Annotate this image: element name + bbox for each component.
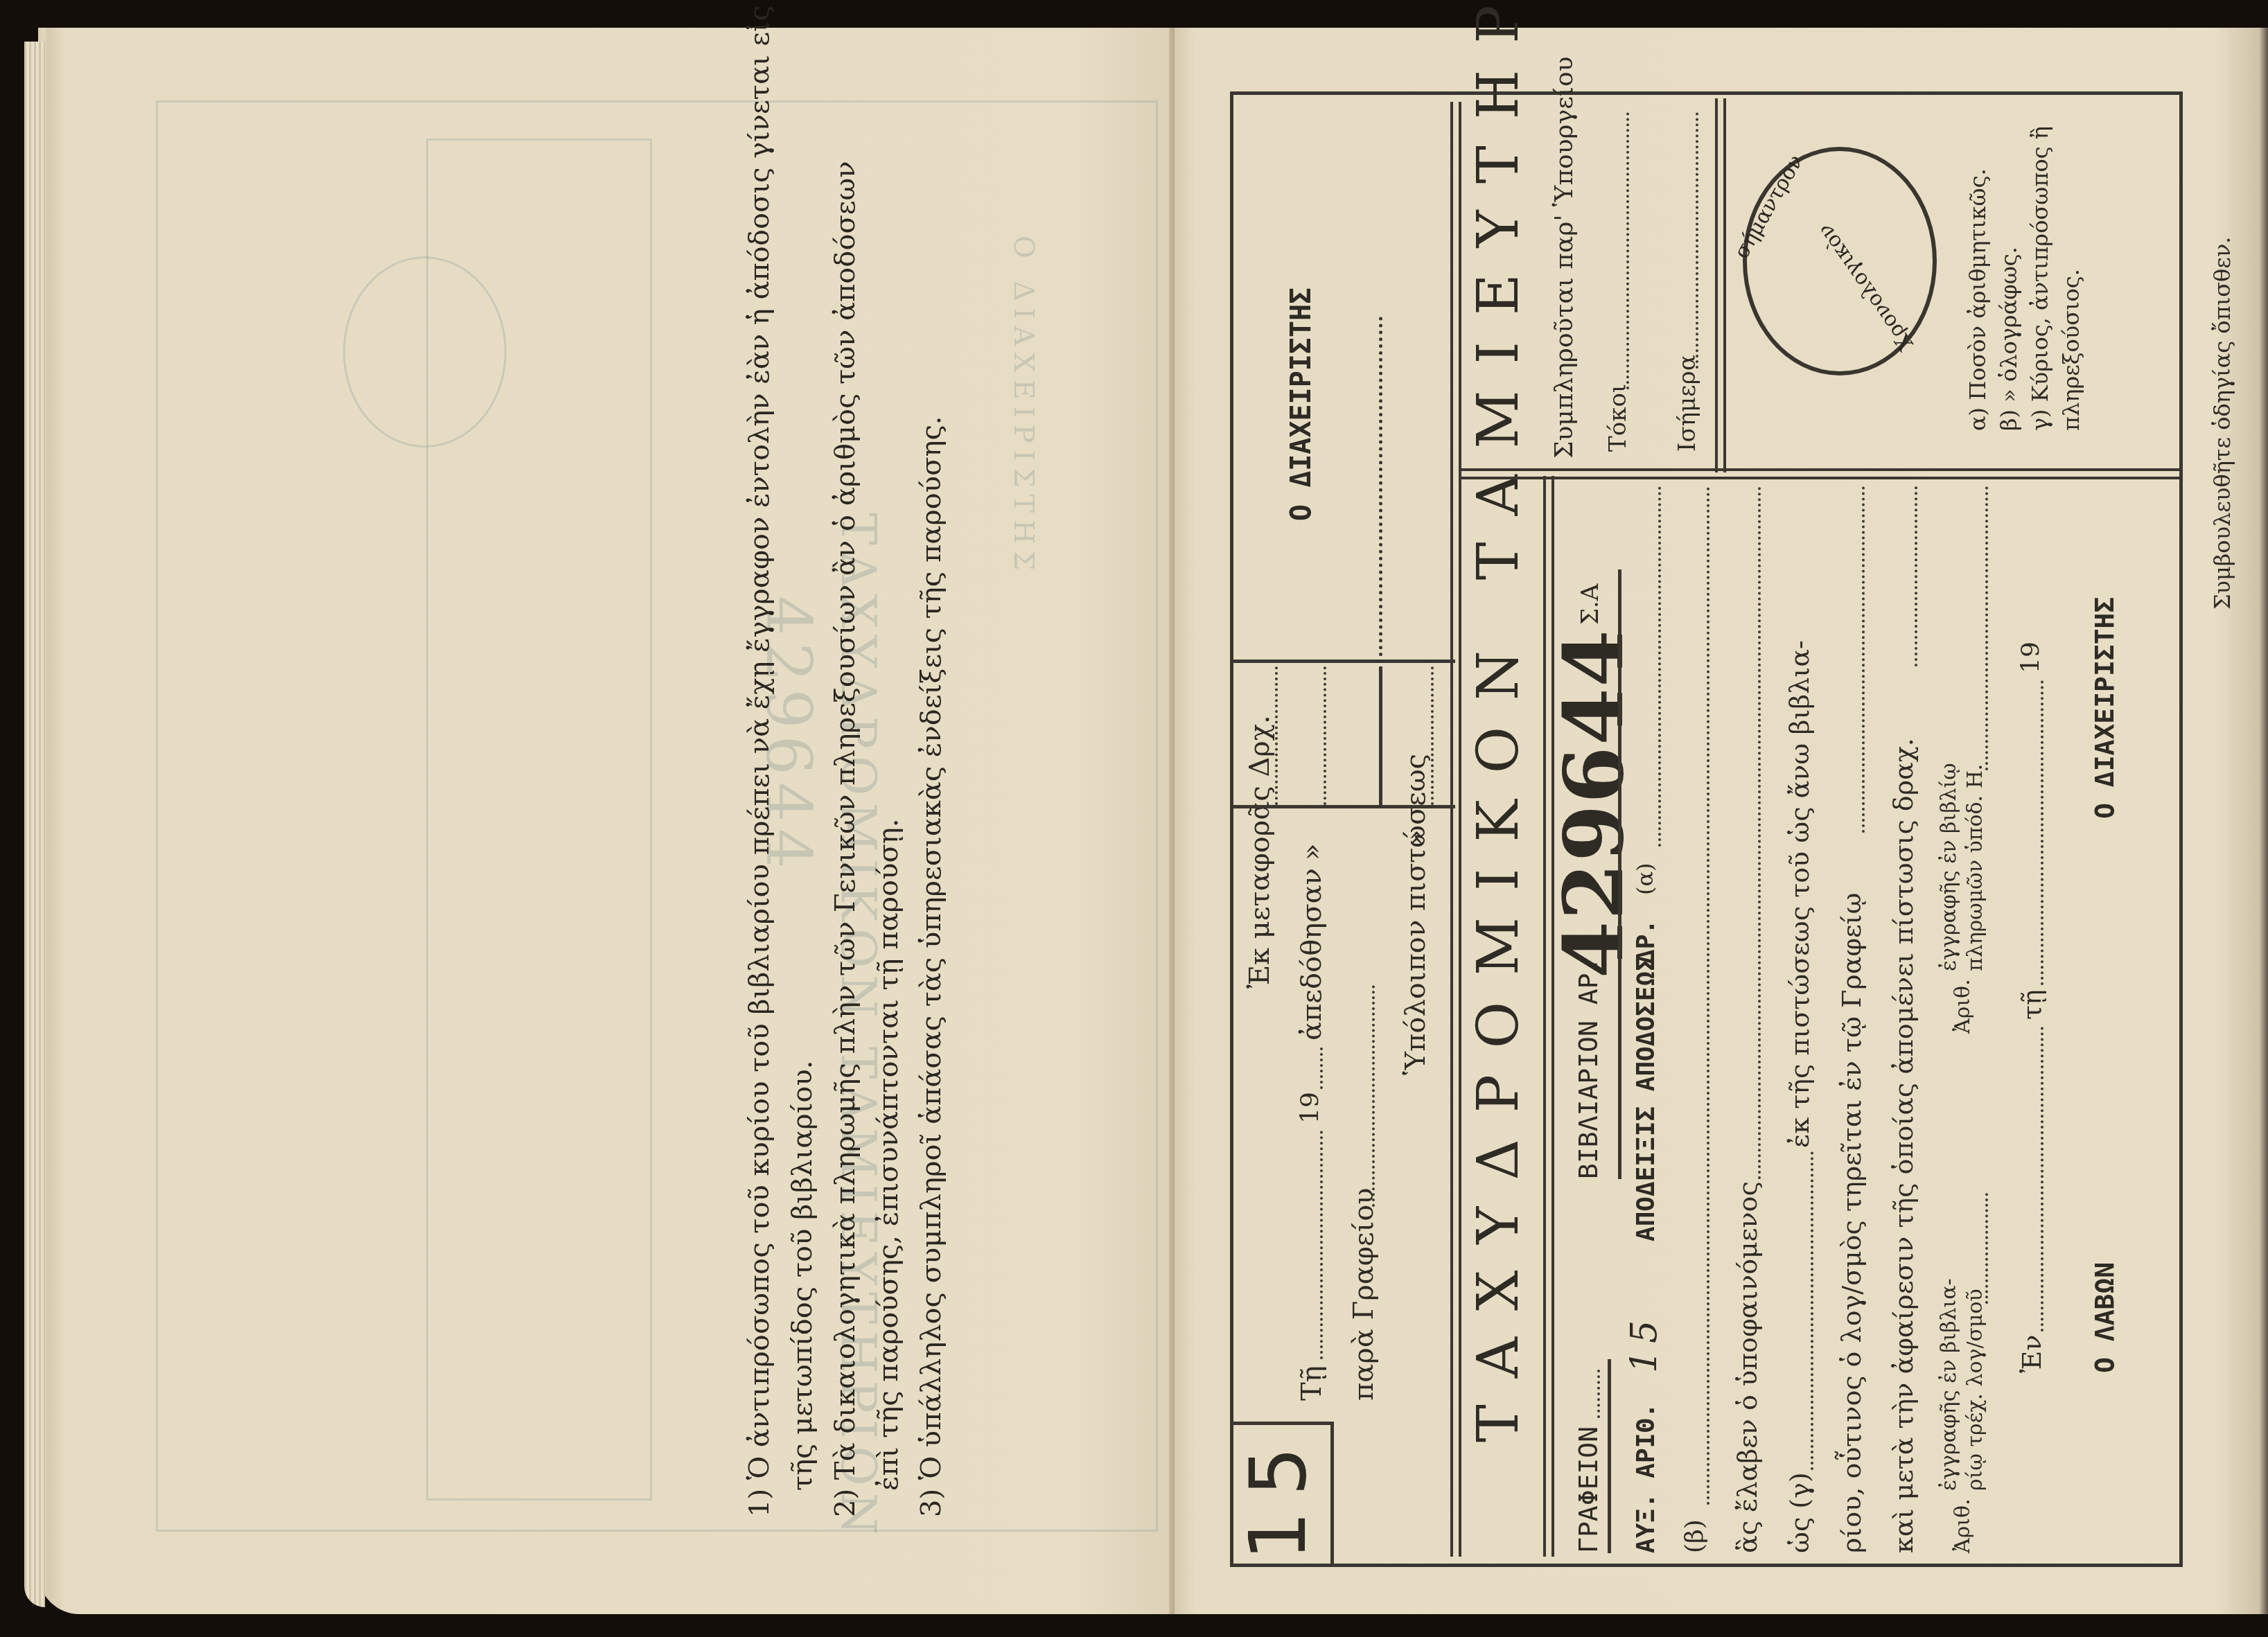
stub-ditto-2: » [1400, 830, 1432, 847]
place-prefix: Ἐν [2016, 1334, 2047, 1373]
office-label: ΓΡΑΦΕΙΟΝ [1573, 1426, 1603, 1553]
date-field[interactable] [2041, 680, 2043, 985]
interest-field[interactable] [1626, 112, 1629, 389]
year-prefix: 19 [2016, 641, 2045, 673]
receiver-label: Ο ΛΑΒΩΝ [2089, 1262, 2120, 1373]
account-office-field[interactable] [1862, 486, 1865, 833]
stub-amount-field-1[interactable] [1275, 666, 1278, 805]
days-label: Ισήμερα [1673, 355, 1701, 452]
manager-label: Ο ΔΙΑΧΕΙΡΙΣΤΗΣ [2089, 597, 2120, 819]
booklet-suffix: Σ.Α [1576, 584, 1604, 625]
instruction-1-cont: τῆς μετωπίδος τοῦ βιβλιαρίου. [781, 83, 824, 1517]
entry-right-1: ἐγγραφῆς ἐν βιβλίῳ [1937, 763, 1961, 971]
stub-ditto-1: » [1296, 844, 1328, 860]
stub-manager-label: Ο ΔΙΑΧΕΙΡΙΣΤΗΣ [1285, 287, 1317, 521]
stub-manager-line [1379, 317, 1382, 663]
account-line: ρίου, οὗτινος ὁ λογ/σμὸς τηρεῖται ἐν τῷ … [1836, 892, 1867, 1553]
receipt-form: 15 Τῇ 19 ἀπεδόθησαν Ἐκ μεταφορᾶς Δρχ. » … [1230, 91, 2183, 1567]
entry-right-2: πληρωμῶν ὑπόδ. Η. [1963, 764, 1987, 971]
capacity-field[interactable] [1811, 1151, 1813, 1470]
line-b-label: (β) [1680, 1519, 1709, 1553]
note-c: γ) Κύριος, ἀντιπρόσωπος ἢ [2027, 126, 2053, 431]
ministry-section-divider [1715, 98, 1726, 472]
amount-words-field[interactable] [1707, 486, 1709, 1505]
receipt-seq-number: 15 [1624, 1313, 1665, 1373]
stub-date-field[interactable] [1320, 1131, 1323, 1359]
office-underline [1608, 1359, 1611, 1553]
stub-transfer-label: Ἐκ μεταφορᾶς Δρχ. [1244, 715, 1276, 989]
page-edges [24, 42, 45, 1607]
entry-left-label: Ἀριθ. [1951, 1498, 1975, 1553]
amount-marker: (α) [1632, 862, 1658, 895]
footer-note: Συμβουλευθῆτε ὁδηγίας ὄπισθεν. [2209, 236, 2235, 610]
booklet-underline [1618, 569, 1621, 1179]
entry-right-label: Ἀριθ. [1951, 979, 1975, 1034]
form-title: ΤΑΧΥΔΡΟΜΙΚΟΝ ΤΑΜΙΕΥΤΗΡΙΟΝ [1466, 0, 1531, 1442]
date-prefix: τῇ [2016, 989, 2047, 1020]
amount-field[interactable] [1658, 486, 1661, 847]
note-b: β) » ὁλογράφως. [1996, 247, 2022, 431]
entry-left-field[interactable] [1985, 1193, 1988, 1304]
stub-amount-field-2[interactable] [1324, 666, 1326, 805]
instruction-2-cont: ἐπὶ τῆς παρούσης, ἐπισυνάπτονται τῇ παρο… [867, 83, 910, 1517]
received-label: ἃς ἔλαβεν ὁ ὑποφαινόμενος [1732, 1181, 1763, 1553]
stub-year-field[interactable] [1320, 1047, 1323, 1089]
entry-right-field[interactable] [1985, 486, 1988, 770]
instruction-3: 3) Ὁ ὑπάλληλος συμπληροῖ ἁπάσας τὰς ὑπηρ… [910, 83, 953, 1517]
show-through-stamp [343, 256, 507, 448]
instruction-2: 2) Τὰ δικαιολογητικὰ πληρωμῆς πλὴν τῶν Γ… [824, 83, 867, 1517]
stub-number: 15 [1230, 1422, 1334, 1567]
amount-label: ΔΡ. [1632, 919, 1660, 964]
office-field[interactable] [1597, 1370, 1600, 1418]
stub-office-label: παρὰ Γραφείου [1348, 1187, 1380, 1401]
ministry-divider [1459, 468, 2179, 479]
booklet-number: 429644 [1545, 628, 1642, 978]
stub-amount-field-4[interactable] [1431, 666, 1434, 805]
receipt-heading: ΑΠΟΔΕΙΞΙΣ ΑΠΟΔΟΣΕΩΣ [1632, 956, 1660, 1241]
place-field[interactable] [2041, 1027, 2043, 1331]
note-a: α) Ποσὸν ἀριθμητικῶς. [1964, 168, 1991, 431]
note-c-cont: πληρεξούσιος. [2058, 269, 2084, 431]
left-page: ΤΑΧΥΔΡΟΜΙΚΟΝ ΤΑΜΙΕΥΤΗΡΙΟΝ 429644 Ο ΔΙΑΧΕ… [38, 28, 1175, 1614]
ministry-note: Συμπληροῦται παρ' Ὑπουργείου [1550, 56, 1579, 459]
stub-amount-divider-2 [1230, 660, 1455, 663]
days-field[interactable] [1696, 112, 1698, 369]
entry-left-2: ρίῳ τρέχ. λογ/σμοῦ [1963, 1289, 1987, 1491]
booklet-label: ΒΙΒΛΙΑΡΙΟΝ ΑΡ. [1573, 957, 1603, 1179]
instructions-block: 1) Ὁ ἀντιπρόσωπος τοῦ κυρίου τοῦ βιβλιαρ… [738, 83, 918, 1517]
stub-office-field[interactable] [1372, 985, 1375, 1207]
instruction-1: 1) Ὁ ἀντιπρόσωπος τοῦ κυρίου τοῦ βιβλιαρ… [738, 83, 781, 1517]
stub-paid-label: ἀπεδόθησαν [1296, 868, 1328, 1041]
line-c-suffix: ἐκ τῆς πιστώσεως τοῦ ὡς ἄνω βιβλια- [1784, 640, 1815, 1148]
entry-left-1: ἐγγραφῆς ἐν βιβλια- [1937, 1278, 1961, 1491]
show-through-manager: Ο ΔΙΑΧΕΙΡΙΣΤΗΣ [1008, 236, 1039, 577]
received-field[interactable] [1758, 486, 1761, 1179]
stub-balance-label: Ὑπόλοιπον πιστώσεως [1400, 754, 1432, 1075]
remaining-line: καὶ μετὰ τὴν ἀφαίρεσιν τῆς ὁποίας ἀπομέν… [1888, 738, 1919, 1553]
title-band-top [1450, 102, 1461, 1557]
remaining-balance-field[interactable] [1915, 486, 1917, 666]
line-c-label: ὡς (γ) [1784, 1472, 1815, 1553]
stub-amount-divider [1230, 805, 1455, 808]
interest-label: Τόκοι [1604, 384, 1632, 452]
stub-year-prefix: 19 [1296, 1092, 1324, 1124]
stub-date-label: Τῇ [1296, 1365, 1328, 1401]
receipt-seq-label: ΑΥΞ. ΑΡΙΘ. [1632, 1403, 1660, 1553]
stub-amount-field-3 [1379, 666, 1382, 805]
